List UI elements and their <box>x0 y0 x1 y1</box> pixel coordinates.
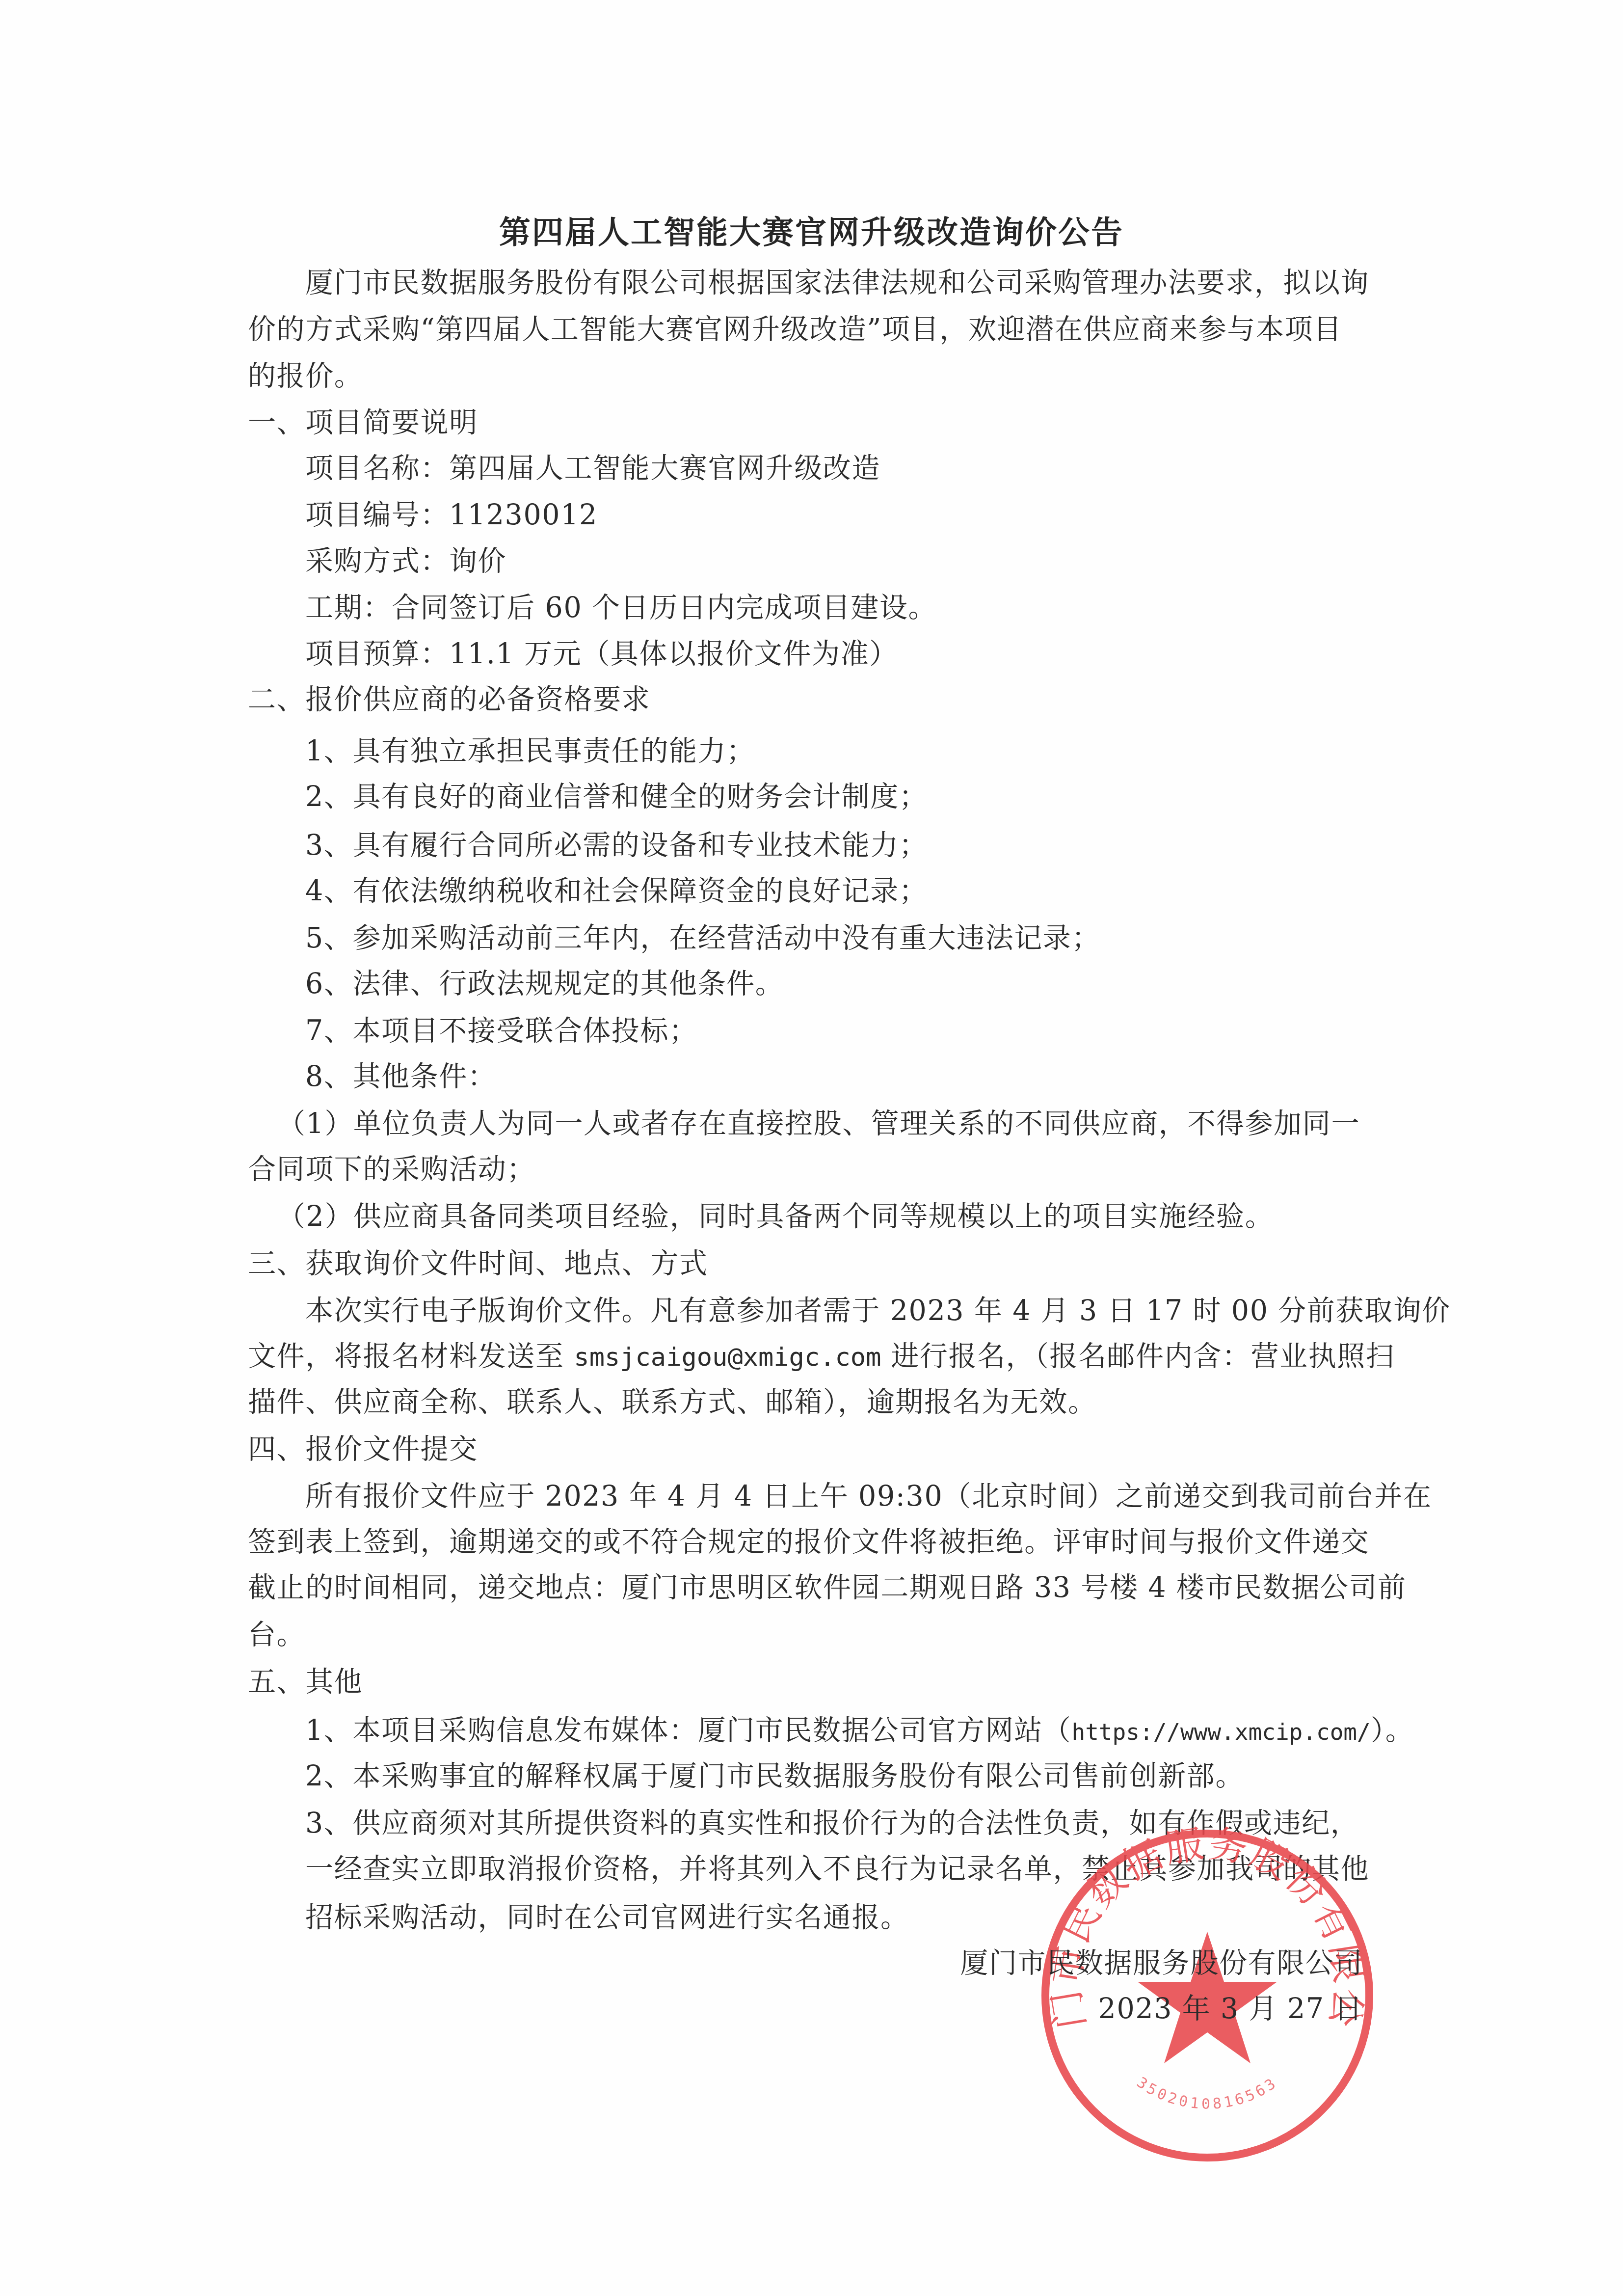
section-1-heading: 一、项目简要说明 <box>248 405 1357 440</box>
registration-email: smsjcaigou@xmigc.com <box>574 1343 881 1372</box>
svg-text:3502010816563: 3502010816563 <box>1134 2074 1281 2112</box>
intro-line-3: 的报价。 <box>248 359 1357 393</box>
construction-period: 工期：合同签订后 60 个日历日内完成项目建设。 <box>305 591 1414 625</box>
project-budget: 项目预算：11.1 万元（具体以报价文件为准） <box>305 637 1414 671</box>
signature-company: 厦门市民数据服务股份有限公司 <box>960 1946 1363 1980</box>
requirement-8: 8、其他条件： <box>305 1059 1414 1094</box>
section-3-line-3: 描件、供应商全称、联系人、联系方式、邮箱），逾期报名为无效。 <box>248 1385 1357 1419</box>
document-title: 第四届人工智能大赛官网升级改造询价公告 <box>0 214 1623 251</box>
section-3-line-2: 文件，将报名材料发送至 smsjcaigou@xmigc.com 进行报名，（报… <box>248 1339 1357 1374</box>
section-3-line-2-pre: 文件，将报名材料发送至 <box>248 1340 574 1373</box>
section-2-heading: 二、报价供应商的必备资格要求 <box>248 682 1357 717</box>
requirement-4: 4、有依法缴纳税收和社会保障资金的良好记录； <box>305 874 1414 908</box>
other-item-1: 1、本项目采购信息发布媒体：厦门市民数据公司官方网站（https://www.x… <box>305 1713 1414 1748</box>
section-3-line-1: 本次实行电子版询价文件。凡有意参加者需于 2023 年 4 月 3 日 17 时… <box>305 1294 1414 1328</box>
project-name: 项目名称：第四届人工智能大赛官网升级改造 <box>305 451 1414 486</box>
requirement-5: 5、参加采购活动前三年内，在经营活动中没有重大违法记录； <box>305 921 1414 955</box>
intro-line-2: 价的方式采购“第四届人工智能大赛官网升级改造”项目，欢迎潜在供应商来参与本项目 <box>248 312 1357 347</box>
other-item-1-text: 1、本项目采购信息发布媒体：厦门市民数据公司官方网站（ <box>305 1714 1071 1747</box>
other-item-3-line-2: 一经查实立即取消报价资格，并将其列入不良行为记录名单，禁止其参加我司的其他 <box>305 1852 1414 1886</box>
other-item-3-line-1: 3、供应商须对其所提供资料的真实性和报价行为的合法性负责，如有作假或违纪， <box>305 1806 1414 1840</box>
section-4-line-4: 台。 <box>248 1618 1357 1652</box>
requirement-7: 7、本项目不接受联合体投标； <box>305 1014 1414 1048</box>
requirement-3: 3、具有履行合同所必需的设备和专业技术能力； <box>305 828 1414 863</box>
procurement-method: 采购方式：询价 <box>305 544 1414 578</box>
section-4-line-3: 截止的时间相同，递交地点：厦门市思明区软件园二期观日路 33 号楼 4 楼市民数… <box>248 1570 1357 1605</box>
intro-line-1: 厦门市民数据服务股份有限公司根据国家法律法规和公司采购管理办法要求，拟以询 <box>305 266 1414 300</box>
sub-requirement-1-cont: 合同项下的采购活动； <box>248 1152 1357 1187</box>
signature-date: 2023 年 3 月 27 日 <box>1098 1992 1363 2026</box>
other-item-1-end: ）。 <box>1371 1714 1414 1747</box>
requirement-1: 1、具有独立承担民事责任的能力； <box>305 734 1414 768</box>
section-3-line-2-post: 进行报名，（报名邮件内含：营业执照扫 <box>881 1340 1394 1373</box>
section-4-line-1: 所有报价文件应于 2023 年 4 月 4 日上午 09:30（北京时间）之前递… <box>305 1479 1414 1513</box>
document-page: 第四届人工智能大赛官网升级改造询价公告 厦门市民数据服务股份有限公司根据国家法律… <box>0 0 1623 2296</box>
official-website-url: https://www.xmcip.com/ <box>1071 1719 1370 1745</box>
sub-requirement-1: （1）单位负责人为同一人或者存在直接控股、管理关系的不同供应商，不得参加同一 <box>277 1107 1386 1141</box>
section-5-heading: 五、其他 <box>248 1665 1357 1699</box>
section-4-line-2: 签到表上签到，逾期递交的或不符合规定的报价文件将被拒绝。评审时间与报价文件递交 <box>248 1525 1357 1559</box>
other-item-3-line-3: 招标采购活动，同时在公司官网进行实名通报。 <box>305 1900 1414 1935</box>
section-3-heading: 三、获取询价文件时间、地点、方式 <box>248 1246 1357 1281</box>
sub-requirement-2: （2）供应商具备同类项目经验，同时具备两个同等规模以上的项目实施经验。 <box>277 1199 1386 1234</box>
project-number: 项目编号：11230012 <box>305 498 1414 532</box>
seal-serial-number: 3502010816563 <box>1134 2074 1281 2112</box>
other-item-2: 2、本采购事宜的解释权属于厦门市民数据服务股份有限公司售前创新部。 <box>305 1759 1414 1793</box>
requirement-6: 6、法律、行政法规规定的其他条件。 <box>305 967 1414 1001</box>
requirement-2: 2、具有良好的商业信誉和健全的财务会计制度； <box>305 780 1414 814</box>
section-4-heading: 四、报价文件提交 <box>248 1432 1357 1466</box>
